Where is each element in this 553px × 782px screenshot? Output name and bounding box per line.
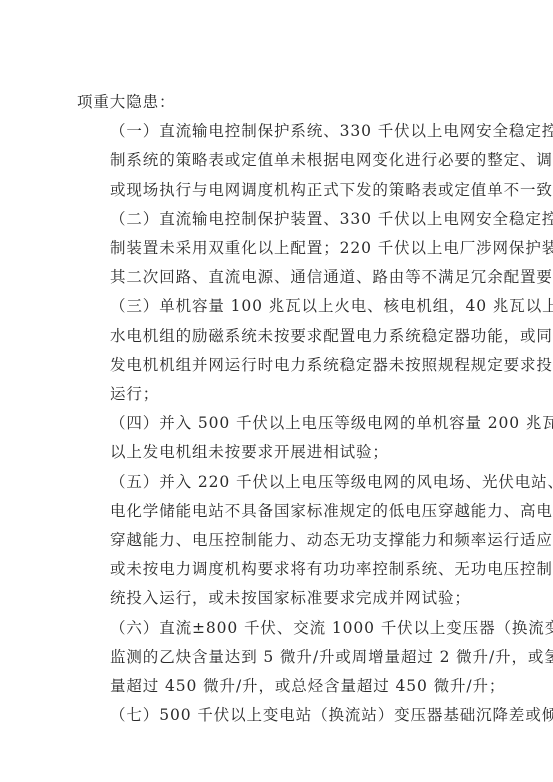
text-line: （三）单机容量 100 兆瓦以上火电、核电机组，40 兆瓦以上 bbox=[77, 292, 481, 321]
paragraph-continuation: 项重大隐患： bbox=[77, 88, 481, 117]
text-line: 量超过 450 微升/升，或总烃含量超过 450 微升/升； bbox=[77, 672, 481, 701]
text-line: 运行； bbox=[77, 380, 481, 409]
paragraph-item-2: （二）直流输电控制保护装置、330 千伏以上电网安全稳定控 制装置未采用双重化以… bbox=[77, 205, 481, 293]
text-line: （七）500 千伏以上变电站（换流站）变压器基础沉降差或倾 bbox=[77, 701, 481, 730]
text-line: 统投入运行，或未按国家标准要求完成并网试验； bbox=[77, 584, 481, 613]
text-line: 制装置未采用双重化以上配置；220 千伏以上电厂涉网保护装置及 bbox=[77, 234, 481, 263]
text-line: 制系统的策略表或定值单未根据电网变化进行必要的整定、调整， bbox=[77, 146, 481, 175]
text-line: （四）并入 500 千伏以上电压等级电网的单机容量 200 兆瓦 bbox=[77, 409, 481, 438]
text-line: 项重大隐患： bbox=[77, 88, 481, 117]
paragraph-item-3: （三）单机容量 100 兆瓦以上火电、核电机组，40 兆瓦以上 水电机组的励磁系… bbox=[77, 292, 481, 409]
text-line: 监测的乙炔含量达到 5 微升/升或周增量超过 2 微升/升，或氢气含 bbox=[77, 643, 481, 672]
paragraph-item-1: （一）直流输电控制保护系统、330 千伏以上电网安全稳定控 制系统的策略表或定值… bbox=[77, 117, 481, 205]
text-line: 以上发电机组未按要求开展进相试验； bbox=[77, 438, 481, 467]
text-line: （一）直流输电控制保护系统、330 千伏以上电网安全稳定控 bbox=[77, 117, 481, 146]
text-line: 穿越能力、电压控制能力、动态无功支撑能力和频率运行适应性， bbox=[77, 526, 481, 555]
paragraph-item-4: （四）并入 500 千伏以上电压等级电网的单机容量 200 兆瓦 以上发电机组未… bbox=[77, 409, 481, 467]
text-line: （六）直流±800 千伏、交流 1000 千伏以上变压器（换流变） bbox=[77, 614, 481, 643]
text-line: 水电机组的励磁系统未按要求配置电力系统稳定器功能，或同步 bbox=[77, 322, 481, 351]
text-line: （五）并入 220 千伏以上电压等级电网的风电场、光伏电站、 bbox=[77, 468, 481, 497]
text-line: 发电机机组并网运行时电力系统稳定器未按照规程规定要求投入 bbox=[77, 351, 481, 380]
text-line: 或未按电力调度机构要求将有功功率控制系统、无功电压控制系 bbox=[77, 555, 481, 584]
paragraph-item-5: （五）并入 220 千伏以上电压等级电网的风电场、光伏电站、 电化学储能电站不具… bbox=[77, 468, 481, 614]
paragraph-item-6: （六）直流±800 千伏、交流 1000 千伏以上变压器（换流变） 监测的乙炔含… bbox=[77, 614, 481, 702]
text-line: （二）直流输电控制保护装置、330 千伏以上电网安全稳定控 bbox=[77, 205, 481, 234]
paragraph-item-7: （七）500 千伏以上变电站（换流站）变压器基础沉降差或倾 bbox=[77, 701, 481, 730]
text-line: 或现场执行与电网调度机构正式下发的策略表或定值单不一致； bbox=[77, 176, 481, 205]
text-line: 电化学储能电站不具备国家标准规定的低电压穿越能力、高电压 bbox=[77, 497, 481, 526]
document-page: 项重大隐患： （一）直流输电控制保护系统、330 千伏以上电网安全稳定控 制系统… bbox=[77, 88, 481, 730]
text-line: 其二次回路、直流电源、通信通道、路由等不满足冗余配置要求； bbox=[77, 263, 481, 292]
